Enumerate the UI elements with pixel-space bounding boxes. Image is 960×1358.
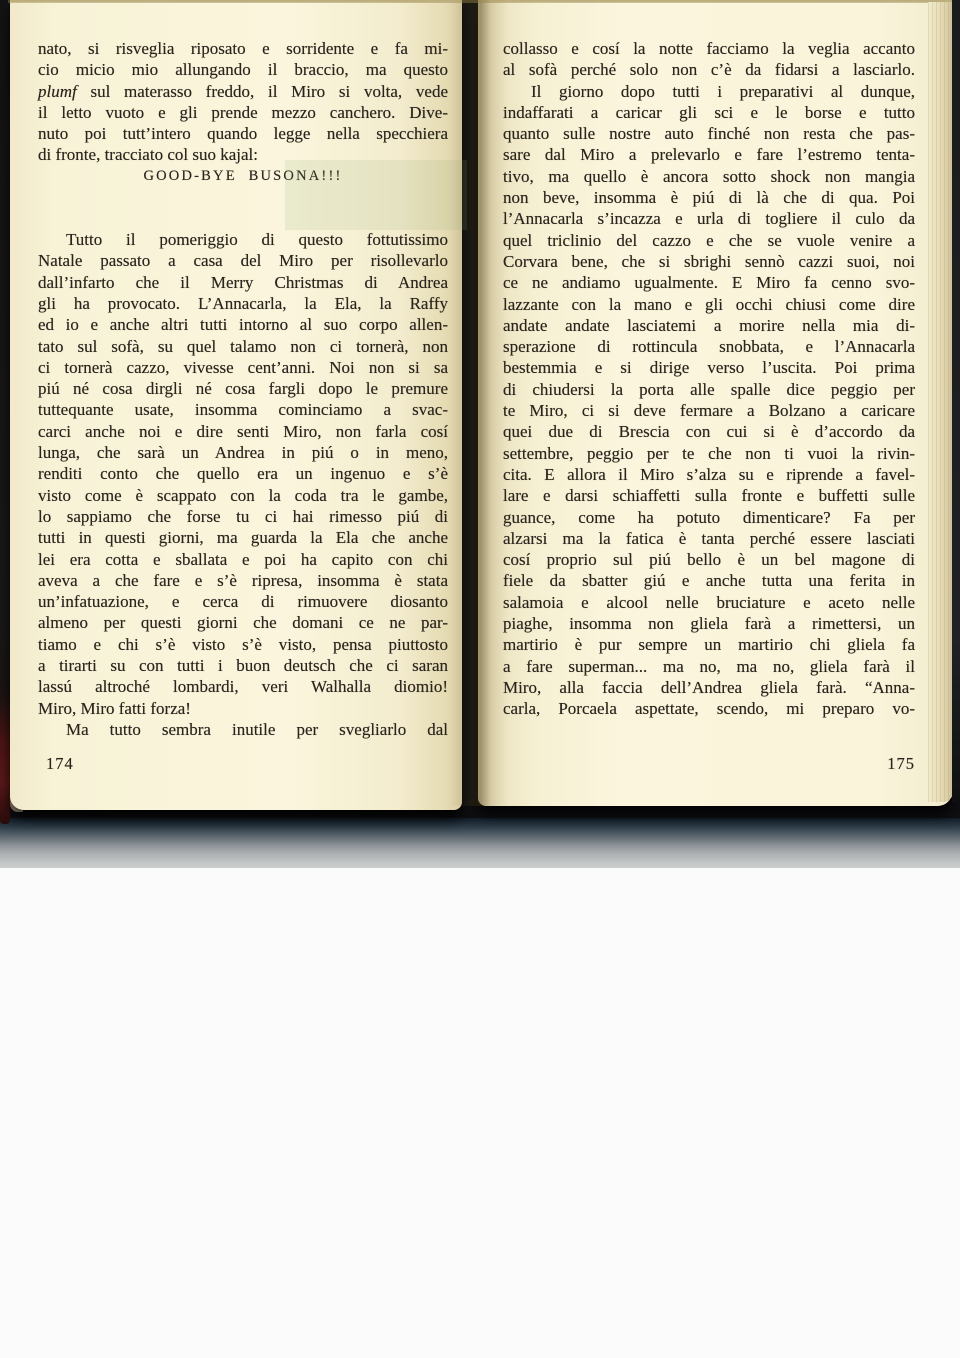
scan-tint-artifact	[285, 160, 467, 230]
book-cover-edge-right	[952, 0, 960, 802]
text-line: quanto sulle nostre auto finché non rest…	[503, 123, 915, 144]
text-line: guance, come ha potuto dimenticare? Fa p…	[503, 507, 915, 528]
book-cover-edge-left	[0, 0, 10, 824]
text-line: collasso e cosí la notte facciamo la veg…	[503, 38, 915, 59]
text-line: cita. E allora il Miro s’alza su e ripre…	[503, 464, 915, 485]
right-page-text: collasso e cosí la notte facciamo la veg…	[503, 38, 915, 720]
text-line: l’Annacarla s’incazza e urla di togliere…	[503, 208, 915, 229]
text-line: sperazione di rottincula snobbata, e l’A…	[503, 336, 915, 357]
text-line: dall’infarto che il Merry Christmas di A…	[38, 272, 448, 293]
text-line: tato sul sofà, su quel talamo non ci tor…	[38, 336, 448, 357]
text-line: di chiudersi la porta alle spalle dice p…	[503, 379, 915, 400]
text-line: non beve, insomma è piú di là che di qua…	[503, 187, 915, 208]
text-line: lazzante con la mano e gli occhi chiusi …	[503, 294, 915, 315]
italic-text: plumf	[38, 82, 77, 101]
text-line: lunga, che sarà un Andrea in piú o in me…	[38, 442, 448, 463]
text-line: Il giorno dopo tutti i preparativi al du…	[503, 81, 915, 102]
book-scan: nato, si risveglia riposato e sorridente…	[0, 0, 960, 1358]
text-line: salamoia e alcool nelle bruciature e ace…	[503, 592, 915, 613]
text-line: te Miro, ci si deve fermare a Bolzano a …	[503, 400, 915, 421]
text-line: Natale passato a casa del Miro per risol…	[38, 250, 448, 271]
text-line: tivo, ma quello è ancora sotto shock non…	[503, 166, 915, 187]
text-line: bestemmia e si dirige verso l’uscita. Po…	[503, 357, 915, 378]
text-line: tiamo e chi s’è visto s’è visto, pensa p…	[38, 634, 448, 655]
plain-text: sul materasso freddo, il Miro si volta, …	[77, 82, 448, 101]
text-line: Ma tutto sembra inutile per svegliarlo d…	[38, 719, 448, 740]
text-line: ed io e anche altri tutti intorno al suo…	[38, 314, 448, 335]
text-line: nato, si risveglia riposato e sorridente…	[38, 38, 448, 59]
text-line: piaghe, insomma non gliela farà a rimett…	[503, 613, 915, 634]
text-line: settembre, peggio per te che non ti vuoi…	[503, 443, 915, 464]
text-line: aveva a che fare e s’è ripresa, insomma …	[38, 570, 448, 591]
text-line: plumf sul materasso freddo, il Miro si v…	[38, 81, 448, 102]
text-line: lo sappiamo che forse tu ci hai rimesso …	[38, 506, 448, 527]
right-page-number: 175	[887, 754, 915, 774]
text-line: almeno per questi giorni che domani ce n…	[38, 612, 448, 633]
page-top-edge	[8, 0, 954, 3]
text-line: lare e darsi schiaffetti sulla fronte e …	[503, 485, 915, 506]
text-line: alzarsi ma la fatica è tanta perché esse…	[503, 528, 915, 549]
text-line: tutti in questi giorni, ma guarda la Ela…	[38, 527, 448, 548]
left-page-text: nato, si risveglia riposato e sorridente…	[38, 38, 448, 740]
left-page: nato, si risveglia riposato e sorridente…	[10, 0, 462, 810]
text-line: Corvara bene, che si sbrighi sennò cazzi…	[503, 251, 915, 272]
text-line: un’infatuazione, e cerca di rimuovere di…	[38, 591, 448, 612]
text-line: cosí proprio sul piú bello è un bel mago…	[503, 549, 915, 570]
right-page: collasso e cosí la notte facciamo la veg…	[478, 0, 952, 806]
page-stack-edge-right	[928, 2, 953, 802]
text-line: Miro, Miro fatti forza!	[38, 698, 448, 719]
text-line: ci tornerà cazzo, vivesse cent’anni. Noi…	[38, 357, 448, 378]
text-line: nuto poi tutt’intero quando legge nella …	[38, 123, 448, 144]
text-line: renditi conto che quello era un ingenuo …	[38, 463, 448, 484]
scanner-bed	[0, 818, 960, 868]
text-line: quel triclinio del cazzo e che se vuole …	[503, 230, 915, 251]
text-line: quei due di Brescia con cui si è d’accor…	[503, 421, 915, 442]
text-line: carci anche noi e dire senti Miro, non f…	[38, 421, 448, 442]
text-line: martirio è pur sempre un martirio chi gl…	[503, 634, 915, 655]
text-line: il letto vuoto e gli prende mezzo canche…	[38, 102, 448, 123]
text-line: carla, Porcaela aspettate, scendo, mi pr…	[503, 698, 915, 719]
text-line: a fare superman... ma no, ma no, gliela …	[503, 656, 915, 677]
text-line: a tirarti su con tutti i buon deutsch ch…	[38, 655, 448, 676]
text-line: lei era cotta e sballata e poi ha capito…	[38, 549, 448, 570]
text-line: piú né cosa dirgli né cosa fargli dopo l…	[38, 378, 448, 399]
text-line: al sofà perché solo non c’è da fidarsi a…	[503, 59, 915, 80]
text-line: Tutto il pomeriggio di questo fottutissi…	[38, 229, 448, 250]
text-line: sare dal Miro a prelevarlo e fare l’estr…	[503, 144, 915, 165]
text-line: cio micio mio allungando il braccio, ma …	[38, 59, 448, 80]
text-line: gli ha provocato. L’Annacarla, la Ela, l…	[38, 293, 448, 314]
left-page-number: 174	[46, 754, 74, 774]
text-line: Miro, alla faccia dell’Andrea gliela far…	[503, 677, 915, 698]
text-line: andate andate lasciatemi a morire nella …	[503, 315, 915, 336]
text-line: ce ne andiamo ugualmente. E Miro fa cenn…	[503, 272, 915, 293]
text-line: fiele da sbatter giú e anche tutta una f…	[503, 570, 915, 591]
text-line: lassú altroché lombardi, veri Walhalla d…	[38, 676, 448, 697]
text-line: tuttequante usate, insomma cominciamo a …	[38, 399, 448, 420]
text-line: visto come è scappato con la coda tra le…	[38, 485, 448, 506]
text-line: indaffarati a caricar gli sci e le borse…	[503, 102, 915, 123]
